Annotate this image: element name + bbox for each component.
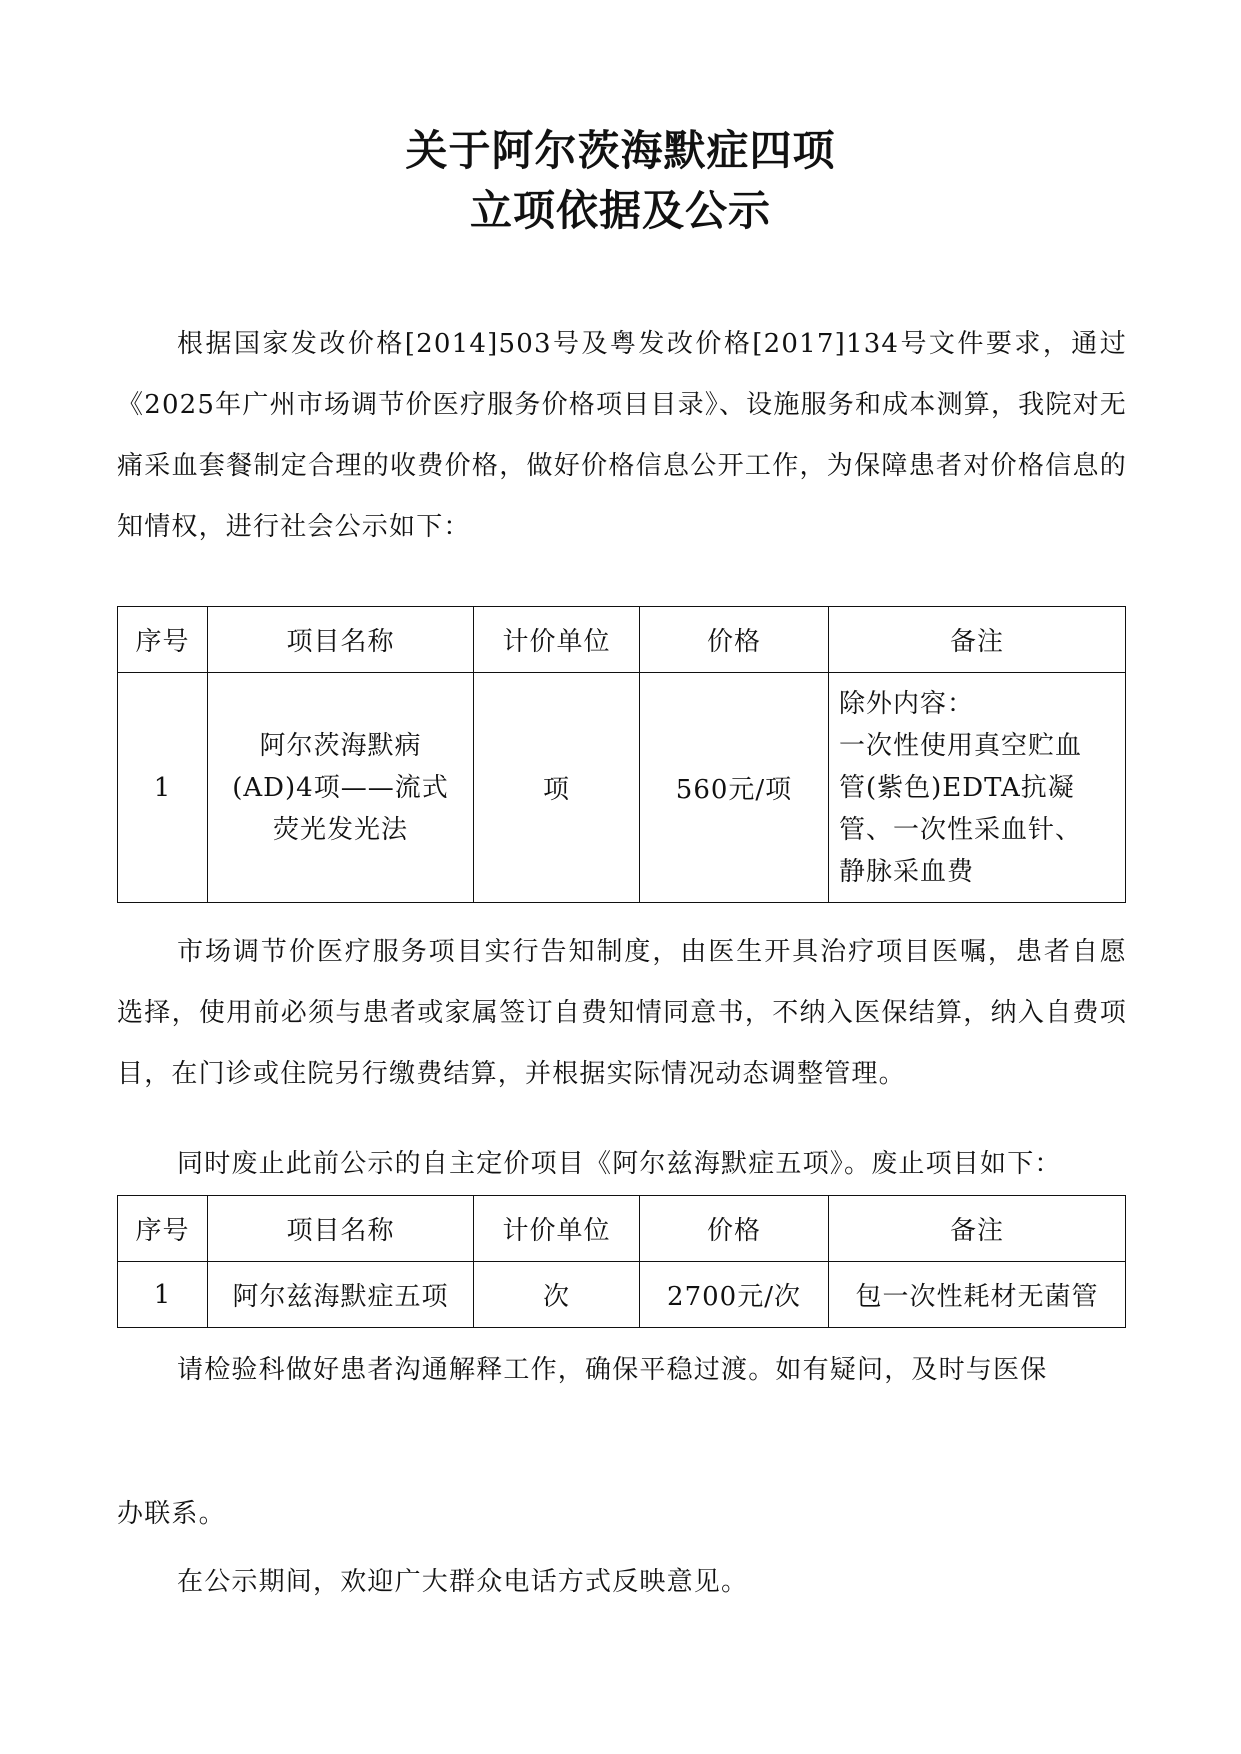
table-header-row: 序号 项目名称 计价单位 价格 备注	[118, 1196, 1126, 1262]
closing-paragraph: 在公示期间，欢迎广大群众电话方式反映意见。	[117, 1552, 1127, 1613]
remark-line: 一次性使用真空贮血	[839, 725, 1121, 767]
item-name-line: 荧光发光法	[212, 809, 469, 851]
remark-line: 静脉采血费	[839, 851, 1121, 893]
document-title-line-1: 关于阿尔茨海默症四项	[0, 118, 1241, 178]
policy-paragraph: 市场调节价医疗服务项目实行告知制度，由医生开具治疗项目医嘱，患者自愿选择，使用前…	[117, 922, 1127, 1105]
row-unit: 项	[474, 673, 640, 903]
row-item-name: 阿尔兹海默症五项	[208, 1262, 474, 1328]
abolish-paragraph: 同时废止此前公示的自主定价项目《阿尔兹海默症五项》。废止项目如下：	[117, 1134, 1127, 1195]
remark-line: 管(紫色)EDTA抗凝	[839, 767, 1121, 809]
row-unit: 次	[474, 1262, 640, 1328]
item-name-line: 阿尔茨海默病	[212, 725, 469, 767]
header-unit: 计价单位	[474, 1196, 640, 1262]
contact-paragraph-line-2: 办联系。	[117, 1484, 1127, 1545]
price-table: 序号 项目名称 计价单位 价格 备注 1 阿尔茨海默病 (AD)4项——流式 荧…	[117, 606, 1126, 903]
header-unit: 计价单位	[474, 607, 640, 673]
row-index: 1	[118, 1262, 208, 1328]
item-name-line: (AD)4项——流式	[212, 767, 469, 809]
row-item-name: 阿尔茨海默病 (AD)4项——流式 荧光发光法	[208, 673, 474, 903]
row-remark: 包一次性耗材无菌管	[829, 1262, 1126, 1328]
header-item-name: 项目名称	[208, 607, 474, 673]
row-index: 1	[118, 673, 208, 903]
row-remark: 除外内容： 一次性使用真空贮血 管(紫色)EDTA抗凝 管、一次性采血针、 静脉…	[829, 673, 1126, 903]
header-index: 序号	[118, 607, 208, 673]
header-price: 价格	[640, 607, 829, 673]
remark-line: 管、一次性采血针、	[839, 809, 1121, 851]
table-header-row: 序号 项目名称 计价单位 价格 备注	[118, 607, 1126, 673]
table-row: 1 阿尔兹海默症五项 次 2700元/次 包一次性耗材无菌管	[118, 1262, 1126, 1328]
header-remark: 备注	[829, 1196, 1126, 1262]
header-item-name: 项目名称	[208, 1196, 474, 1262]
header-price: 价格	[640, 1196, 829, 1262]
intro-paragraph: 根据国家发改价格[2014]503号及粤发改价格[2017]134号文件要求，通…	[117, 314, 1127, 558]
table-row: 1 阿尔茨海默病 (AD)4项——流式 荧光发光法 项 560元/项 除外内容：…	[118, 673, 1126, 903]
contact-paragraph-line-1: 请检验科做好患者沟通解释工作，确保平稳过渡。如有疑问，及时与医保	[117, 1340, 1127, 1401]
header-index: 序号	[118, 1196, 208, 1262]
document-title-line-2: 立项依据及公示	[0, 178, 1241, 238]
abolished-items-table: 序号 项目名称 计价单位 价格 备注 1 阿尔兹海默症五项 次 2700元/次 …	[117, 1195, 1126, 1328]
row-price: 2700元/次	[640, 1262, 829, 1328]
row-price: 560元/项	[640, 673, 829, 903]
header-remark: 备注	[829, 607, 1126, 673]
remark-line: 除外内容：	[839, 683, 1121, 725]
